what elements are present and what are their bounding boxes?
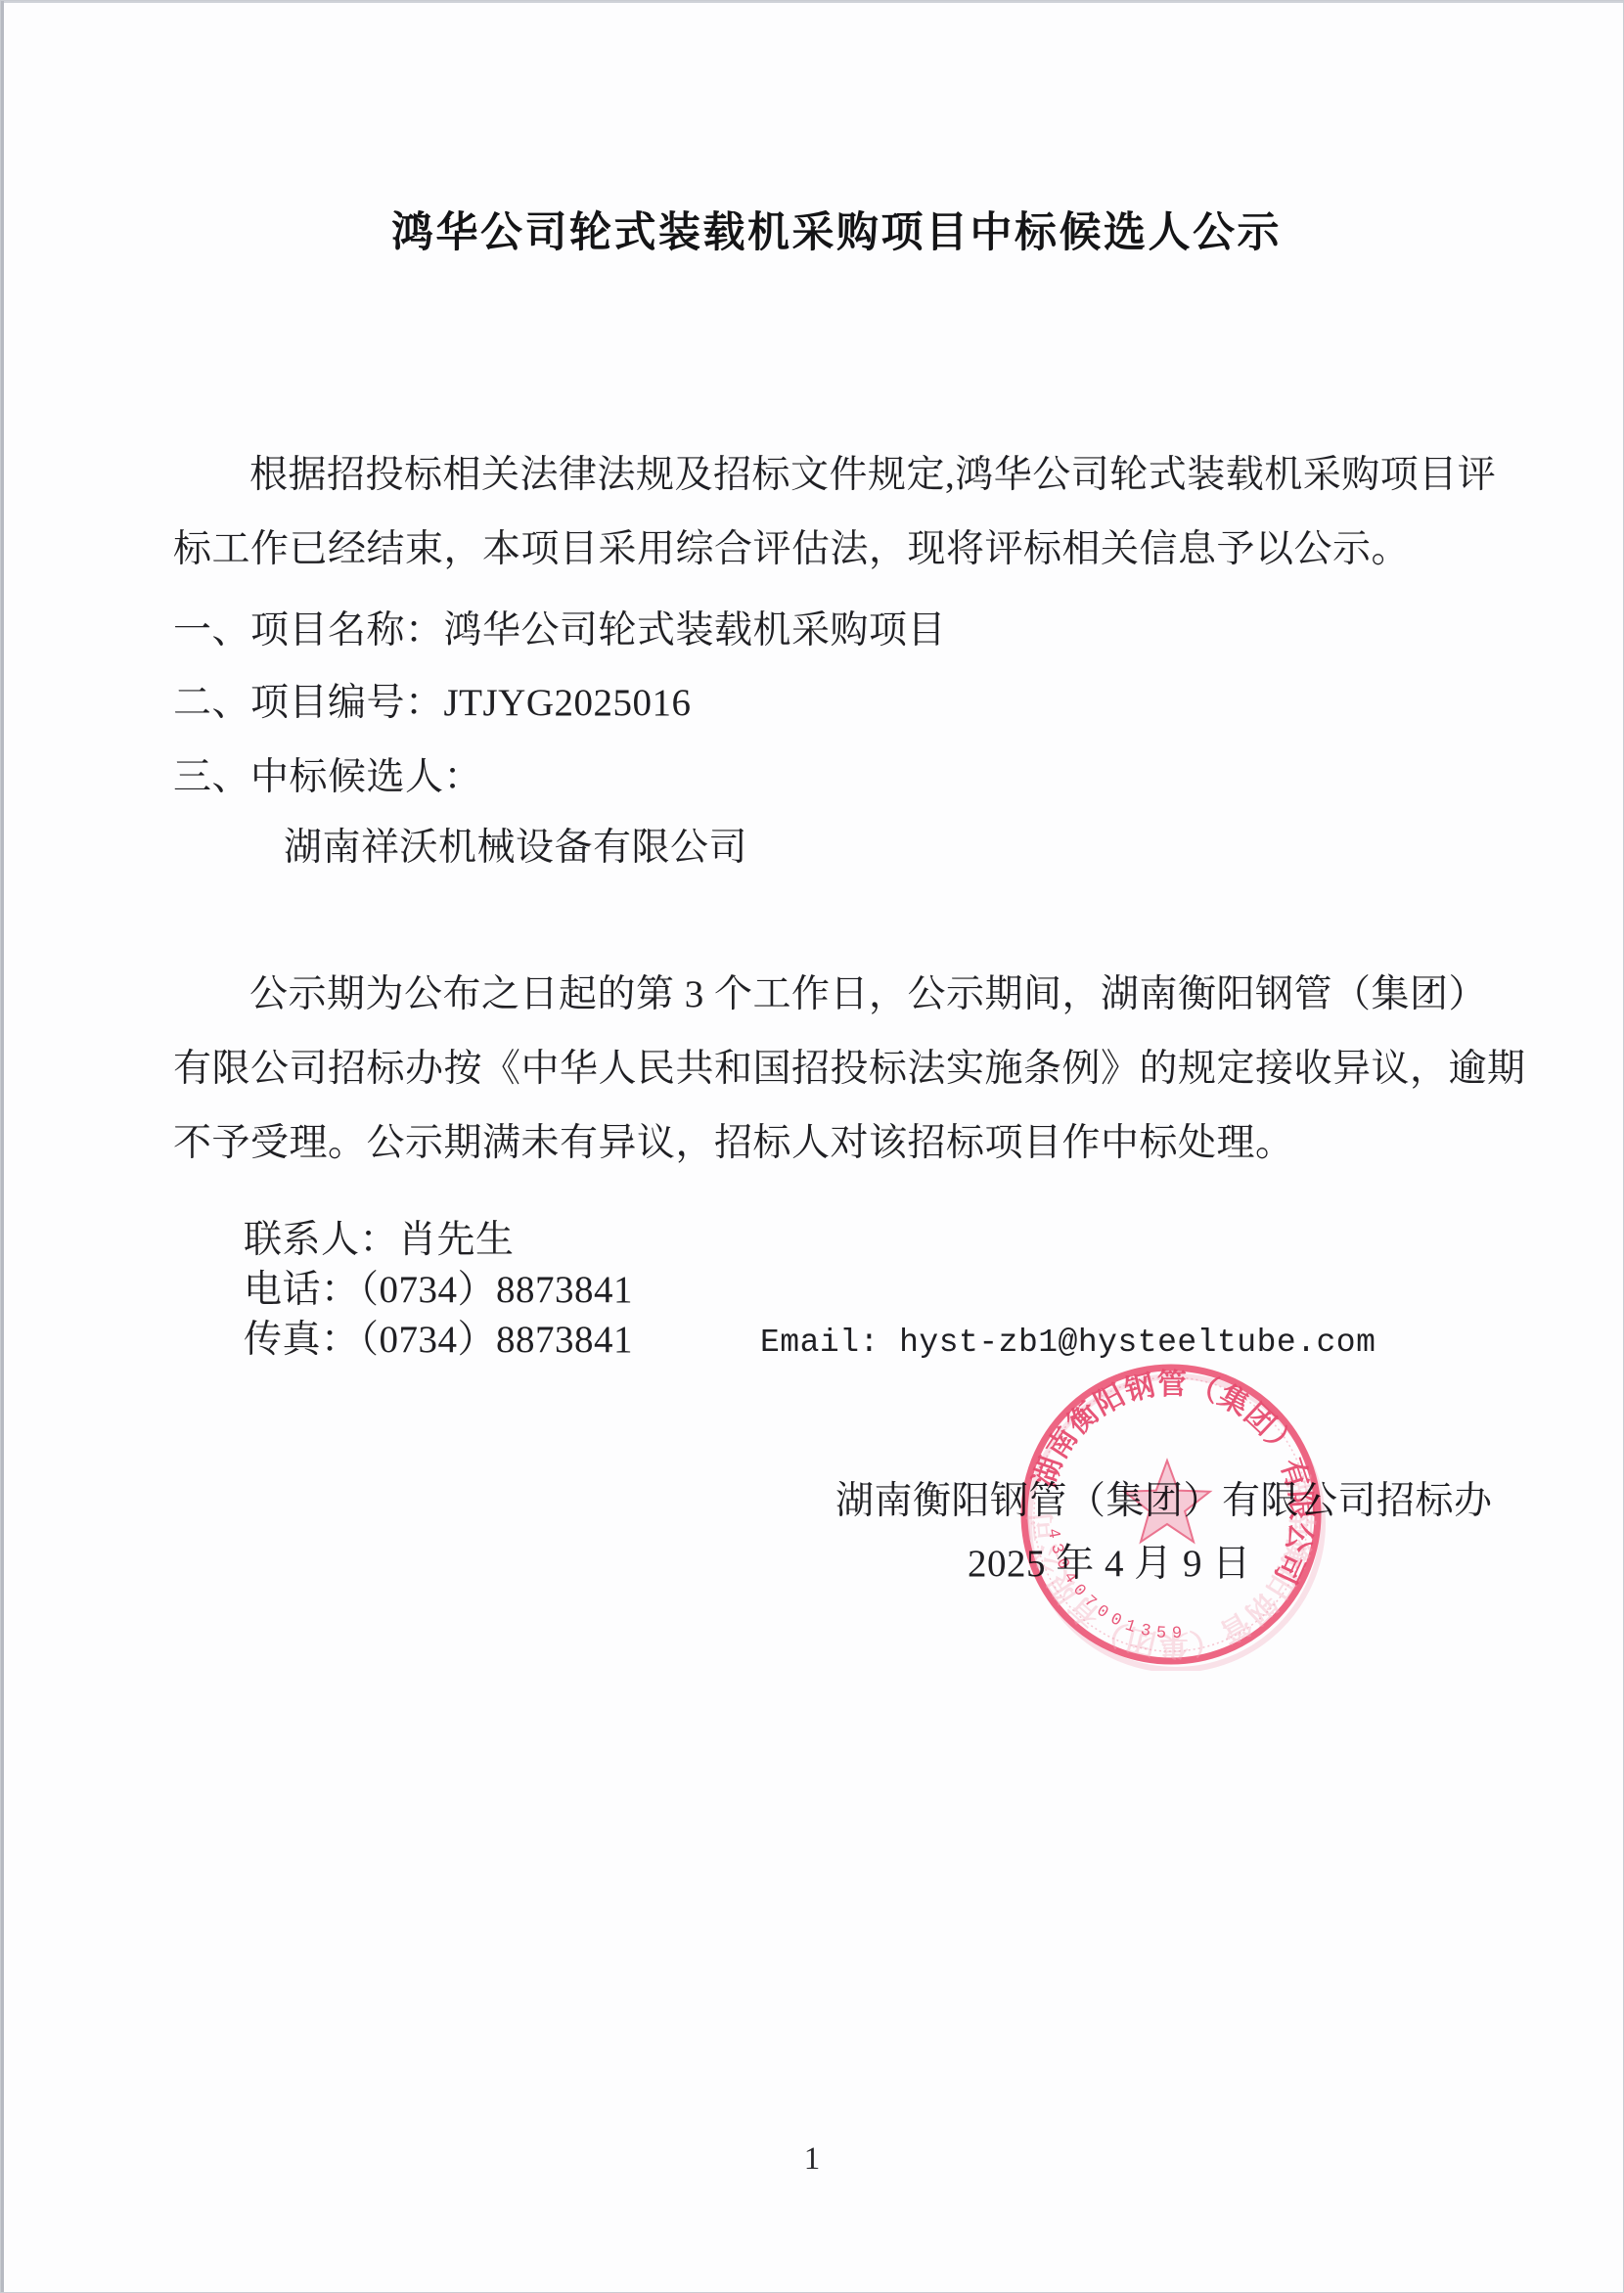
page-number: 1 <box>1 2141 1623 2178</box>
signature-org: 湖南衡阳钢管（集团）有限公司招标办 <box>835 1481 1493 1523</box>
stamp-ghost-ring <box>1029 1376 1323 1670</box>
item-project-number: 二、项目编号：JTJYG2025016 <box>173 683 692 725</box>
notice-line-1: 公示期为公布之日起的第 3 个工作日，公示期间，湖南衡阳钢管（集团） <box>249 974 1487 1016</box>
intro-line-2: 标工作已经结束，本项目采用综合评估法，现将评标相关信息予以公示。 <box>173 529 1410 571</box>
contact-email: Email: hyst-zb1@hysteeltube.com <box>760 1326 1376 1361</box>
document-page: 鸿华公司轮式装载机采购项目中标候选人公示 根据招投标相关法律法规及招标文件规定,… <box>0 0 1624 2293</box>
signature-date: 2025 年 4 月 9 日 <box>968 1544 1251 1586</box>
contact-fax: 传真：（0734）8873841 <box>244 1320 633 1362</box>
contact-phone: 电话：（0734）8873841 <box>244 1270 633 1312</box>
contact-person: 联系人：肖先生 <box>244 1220 515 1262</box>
intro-line-1: 根据招投标相关法律法规及招标文件规定,鸿华公司轮式装载机采购项目评 <box>249 455 1496 497</box>
item-project-name: 一、项目名称：鸿华公司轮式装载机采购项目 <box>173 610 946 652</box>
candidate-name: 湖南祥沃机械设备有限公司 <box>284 828 747 870</box>
document-title: 鸿华公司轮式装载机采购项目中标候选人公示 <box>50 200 1623 259</box>
stamp-ghost-text: 湖南衡阳钢管（集团）有限公司 <box>1015 1378 1328 1671</box>
svg-text:湖南衡阳钢管（集团）有限公司: 湖南衡阳钢管（集团）有限公司 <box>1015 1378 1328 1671</box>
notice-line-3: 不予受理。公示期满未有异议，招标人对该招标项目作中标处理。 <box>173 1123 1294 1165</box>
item-winning-candidate: 三、中标候选人： <box>173 757 482 799</box>
notice-line-2: 有限公司招标办按《中华人民共和国招投标法实施条例》的规定接收异议，逾期 <box>173 1049 1526 1091</box>
